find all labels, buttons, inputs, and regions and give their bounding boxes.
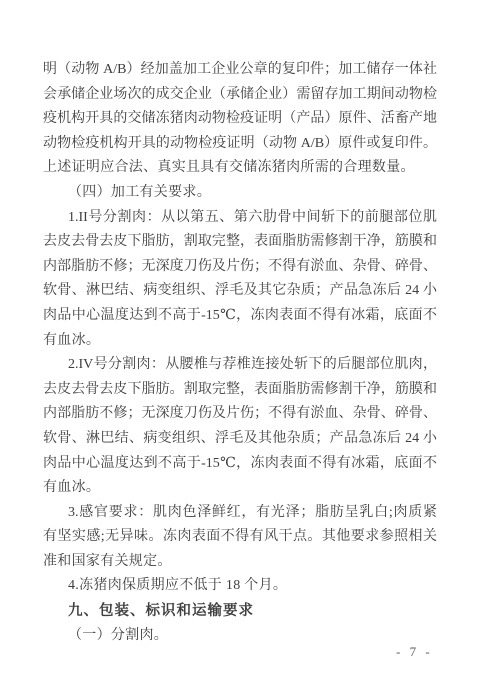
text-line: 内部脂肪不修；无深度刀伤及片伤；不得有淤血、杂骨、碎骨、 — [43, 255, 437, 280]
text-line: 上述证明应合法、真实且具有交储冻猪肉所需的合理数量。 — [43, 156, 437, 181]
text-line: 有血冰。 — [43, 476, 437, 501]
text-line: 明（动物 A/B）经加盖加工企业公章的复印件；加工储存一体社 — [43, 58, 437, 83]
text-line: 动物检疫机构开具的动物检疫证明（动物 A/B）原件或复印件。 — [43, 132, 437, 157]
text-line: 1.II号分割肉：从以第五、第六肋骨中间斩下的前腿部位肌肉， — [43, 206, 437, 231]
section-heading: 九、包装、标识和运输要求 — [43, 599, 437, 624]
text-line: 3.感官要求：肌肉色泽鲜红，有光泽；脂肪呈乳白;肉质紧密， — [43, 501, 437, 526]
text-line: 软骨、淋巴结、病变组织、浮毛及其它杂质；产品急冻后 24 小时 — [43, 279, 437, 304]
document-text-block: 明（动物 A/B）经加盖加工企业公章的复印件；加工储存一体社会承储企业场次的成交… — [43, 58, 437, 648]
text-line: 2.IV号分割肉：从腰椎与荐椎连接处斩下的后腿部位肌肉， — [43, 353, 437, 378]
text-line: 内部脂肪不修；无深度刀伤及片伤；不得有淤血、杂骨、碎骨、 — [43, 402, 437, 427]
text-line: 去皮去骨去皮下脂肪，割取完整，表面脂肪需修割干净，筋膜和 — [43, 230, 437, 255]
text-line: 疫机构开具的交储冻猪肉动物检疫证明（产品）原件、活畜产地 — [43, 107, 437, 132]
text-line: 有坚实感;无异味。冻肉表面不得有风干点。其他要求参照相关标 — [43, 525, 437, 550]
scanned-document-page: 明（动物 A/B）经加盖加工企业公章的复印件；加工储存一体社会承储企业场次的成交… — [0, 0, 493, 700]
text-line: （一）分割肉。 — [43, 624, 437, 649]
text-line: 软骨、淋巴结、病变组织、浮毛及其他杂质；产品急冻后 24 小时 — [43, 427, 437, 452]
text-line: （四）加工有关要求。 — [43, 181, 437, 206]
text-line: 会承储企业场次的成交企业（承储企业）需留存加工期间动物检 — [43, 83, 437, 108]
text-line: 肉品中心温度达到不高于-15℃，冻肉表面不得有冰霜，底面不得 — [43, 304, 437, 329]
text-line: 准和国家有关规定。 — [43, 550, 437, 575]
text-line: 肉品中心温度达到不高于-15℃，冻肉表面不得有冰霜，底面不得 — [43, 452, 437, 477]
text-line: 去皮去骨去皮下脂肪。割取完整，表面脂肪需修割干净，筋膜和 — [43, 378, 437, 403]
text-line: 4.冻猪肉保质期应不低于 18 个月。 — [43, 574, 437, 599]
page-number: - 7 - — [396, 644, 431, 660]
text-line: 有血冰。 — [43, 329, 437, 354]
